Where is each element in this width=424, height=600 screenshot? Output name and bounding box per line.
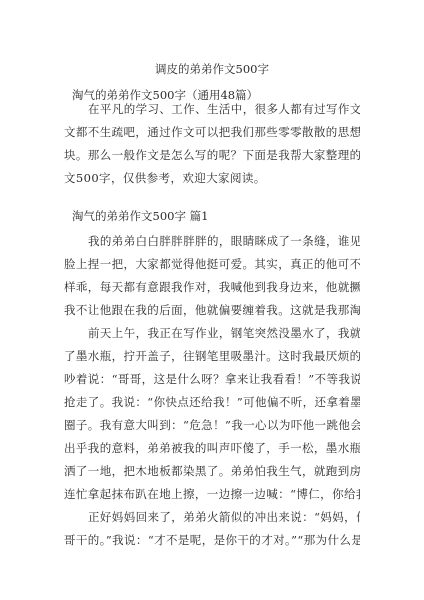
text-line: 连忙拿起抹布趴在地上擦，一边擦一边喊：“博仁，你给我出来！” bbox=[64, 483, 360, 506]
text-line: 吵着说：“哥哥，这是什么呀？拿来让我看看！”不等我说话他就一把 bbox=[64, 368, 360, 391]
text-line: 脸上捏一把，大家都觉得他挺可爱。其实，真正的他可不像其他孩子一 bbox=[64, 253, 360, 276]
text-line: 我的弟弟白白胖胖胖胖的，眼睛眯成了一条缝，谁见了都想在他的 bbox=[64, 230, 360, 253]
text-line: 正好妈妈回来了，弟弟火箭似的冲出来说：“妈妈，你看，这是哥 bbox=[64, 506, 360, 529]
paragraph-3: 正好妈妈回来了，弟弟火箭似的冲出来说：“妈妈，你看，这是哥 哥干的。”我说：“才… bbox=[64, 506, 360, 552]
text-line: 文都不生疏吧，通过作文可以把我们那些零零散散的思想，聚集在一 bbox=[64, 121, 360, 144]
text-line: 在平凡的学习、工作、生活中，很多人都有过写作文的经历，对作 bbox=[64, 98, 360, 121]
text-line: 样乖，每天都有意跟我作对，我喊他到我身边来，他就撅着嘴偏不来， bbox=[64, 276, 360, 299]
text-line: 圈子。我有意大叫到：“危急！”我一心以为吓他一跳他会还给我，但 bbox=[64, 414, 360, 437]
document-title: 调皮的弟弟作文500字 bbox=[64, 62, 360, 76]
text-line: 块。那么一般作文是怎么写的呢？下面是我帮大家整理的淘气的弟弟作 bbox=[64, 144, 360, 167]
text-line: 文500字，仅供参考，欢迎大家阅读。 bbox=[64, 167, 360, 190]
text-line: 抢走了。我说：“你快点还给我！”可他偏不听，还拿着墨水瓶跟我兜 bbox=[64, 391, 360, 414]
paragraph-1: 我的弟弟白白胖胖胖胖的，眼睛眯成了一条缝，谁见了都想在他的 脸上捏一把，大家都觉… bbox=[64, 230, 360, 322]
intro-paragraph: 在平凡的学习、工作、生活中，很多人都有过写作文的经历，对作 文都不生疏吧，通过作… bbox=[64, 98, 360, 190]
text-line: 了墨水瓶，拧开盖子，往钢笔里吸墨汁。这时我最厌烦的人来了。弟弟 bbox=[64, 345, 360, 368]
paragraph-2: 前天上午，我正在写作业，钢笔突然没墨水了，我就在书柜里翻出 了墨水瓶，拧开盖子，… bbox=[64, 322, 360, 506]
text-line: 我不让他跟在我的后面，他就偏要缠着我。这就是我那淘气的弟弟。 bbox=[64, 299, 360, 322]
text-line: 前天上午，我正在写作业，钢笔突然没墨水了，我就在书柜里翻出 bbox=[64, 322, 360, 345]
text-line: 出乎我的意料，弟弟被我的叫声吓傻了，手一松，墨水瓶就掉了，墨汁 bbox=[64, 437, 360, 460]
text-line: 哥干的。”我说：“才不是呢，是你干的才对。”“那为什么是你在擦 bbox=[64, 529, 360, 552]
text-line: 洒了一地，把木地板都染黑了。弟弟怕我生气，就跑到房间躲起来。我 bbox=[64, 460, 360, 483]
section-heading: 淘气的弟弟作文500字 篇1 bbox=[72, 209, 208, 223]
